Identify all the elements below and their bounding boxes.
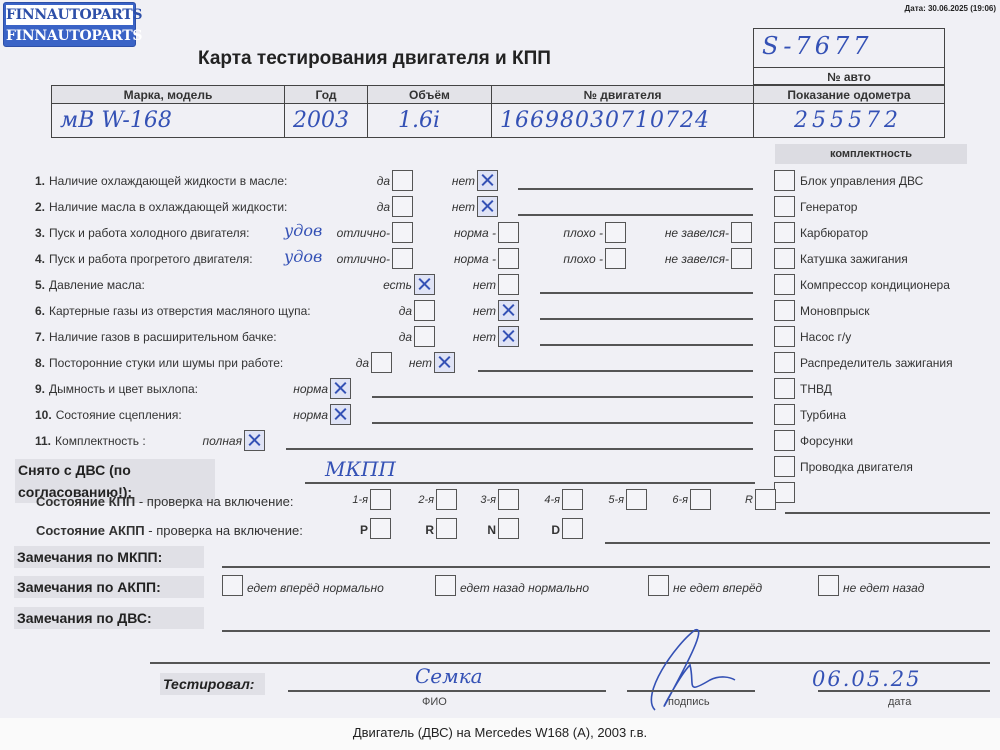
completeness-header: комплектность bbox=[775, 144, 967, 164]
completeness-item-label: Распределитель зажигания bbox=[800, 356, 953, 370]
completeness-extra-checkbox[interactable] bbox=[774, 482, 795, 503]
akpp-label-rest: - проверка на включение: bbox=[145, 523, 303, 538]
name-caption: ФИО bbox=[422, 696, 447, 708]
remarks-mkpp-label: Замечания по МКПП: bbox=[14, 546, 204, 568]
auto-number-label: № авто bbox=[754, 67, 944, 85]
kpp-line bbox=[785, 512, 990, 514]
kpp-gear-checkbox[interactable] bbox=[562, 489, 583, 510]
option-label: отлично- bbox=[283, 226, 390, 240]
option-checkbox[interactable] bbox=[330, 378, 351, 399]
option-label: да bbox=[313, 356, 369, 370]
completeness-checkbox[interactable] bbox=[774, 456, 795, 477]
question-number: 11. bbox=[35, 434, 51, 448]
question-row: 1.Наличие охлаждающей жидкости в масле: bbox=[35, 174, 287, 188]
tested-label: Тестировал: bbox=[160, 673, 265, 695]
question-note-line[interactable] bbox=[372, 422, 753, 424]
name-line bbox=[288, 690, 606, 692]
akpp-remark-checkbox[interactable] bbox=[818, 575, 839, 596]
option-label: да bbox=[355, 330, 412, 344]
question-row: 3.Пуск и работа холодного двигателя: bbox=[35, 226, 249, 240]
question-number: 1. bbox=[35, 174, 45, 188]
completeness-item-label: Генератор bbox=[800, 200, 857, 214]
tester-name: Семка bbox=[415, 664, 483, 688]
option-label: нет bbox=[425, 330, 496, 344]
completeness-checkbox[interactable] bbox=[774, 300, 795, 321]
completeness-checkbox[interactable] bbox=[774, 248, 795, 269]
test-card-sheet: FINNAUTOPARTS FINNAUTOPARTS Дата: 30.06.… bbox=[0, 0, 1000, 718]
signature-line bbox=[627, 690, 755, 692]
question-note-line[interactable] bbox=[478, 370, 753, 372]
option-label: не завелся- bbox=[615, 226, 729, 240]
akpp-remark-label: едет вперёд нормально bbox=[247, 581, 384, 595]
question-number: 7. bbox=[35, 330, 45, 344]
stamp-date: Дата: 30.06.2025 (19:06) bbox=[905, 4, 996, 13]
akpp-line bbox=[605, 542, 990, 544]
option-checkbox[interactable] bbox=[330, 404, 351, 425]
completeness-item-label: Насос г/у bbox=[800, 330, 851, 344]
remarks-dvs-line[interactable] bbox=[222, 630, 990, 632]
option-label: нет bbox=[405, 200, 475, 214]
question-text: Давление масла: bbox=[49, 278, 145, 292]
date-caption: дата bbox=[888, 696, 911, 708]
kpp-gear-checkbox[interactable] bbox=[755, 489, 776, 510]
option-checkbox[interactable] bbox=[731, 248, 752, 269]
completeness-checkbox[interactable] bbox=[774, 378, 795, 399]
option-label: нет bbox=[425, 278, 496, 292]
remarks-akpp-label: Замечания по АКПП: bbox=[14, 576, 204, 598]
question-row: 8.Посторонние стуки или шумы при работе: bbox=[35, 356, 283, 370]
question-number: 8. bbox=[35, 356, 45, 370]
question-text: Наличие охлаждающей жидкости в масле: bbox=[49, 174, 287, 188]
completeness-item-label: Карбюратор bbox=[800, 226, 868, 240]
kpp-label-bold: Состояние КПП bbox=[36, 494, 135, 509]
question-text: Наличие газов в расширительном бачке: bbox=[49, 330, 277, 344]
question-number: 5. bbox=[35, 278, 45, 292]
question-note-line[interactable] bbox=[518, 188, 753, 190]
kpp-gear-label: 5-я bbox=[591, 494, 624, 506]
option-label: норма - bbox=[405, 226, 496, 240]
option-label: норма bbox=[243, 382, 328, 396]
option-label: есть bbox=[335, 278, 412, 292]
option-label: отлично- bbox=[283, 252, 390, 266]
option-label: не завелся- bbox=[615, 252, 729, 266]
option-label: норма bbox=[243, 408, 328, 422]
akpp-position-checkbox[interactable] bbox=[562, 518, 583, 539]
completeness-item-label: ТНВД bbox=[800, 382, 832, 396]
option-checkbox[interactable] bbox=[477, 196, 498, 217]
removed-line bbox=[305, 482, 755, 484]
question-note-line[interactable] bbox=[540, 292, 753, 294]
col-make-model: Марка, модель bbox=[52, 86, 285, 104]
option-label: плохо - bbox=[513, 252, 603, 266]
engine-number-value: 16698030710724 bbox=[492, 104, 754, 138]
watermark-line-2: FINNAUTOPARTS bbox=[6, 27, 133, 46]
option-checkbox[interactable] bbox=[434, 352, 455, 373]
question-text: Комплектность : bbox=[55, 434, 146, 448]
completeness-checkbox[interactable] bbox=[774, 222, 795, 243]
question-note-line[interactable] bbox=[540, 318, 753, 320]
option-label: норма - bbox=[405, 252, 496, 266]
question-number: 10. bbox=[35, 408, 52, 422]
question-row: 2.Наличие масла в охлаждающей жидкости: bbox=[35, 200, 287, 214]
kpp-gear-label: 3-я bbox=[464, 494, 496, 506]
akpp-remark-checkbox[interactable] bbox=[648, 575, 669, 596]
question-number: 9. bbox=[35, 382, 45, 396]
option-label: да bbox=[330, 200, 390, 214]
col-engine-number: № двигателя bbox=[492, 86, 754, 104]
kpp-gear-checkbox[interactable] bbox=[498, 489, 519, 510]
completeness-checkbox[interactable] bbox=[774, 326, 795, 347]
option-checkbox[interactable] bbox=[731, 222, 752, 243]
completeness-item-label: Турбина bbox=[800, 408, 846, 422]
make-model-value: мВ W-168 bbox=[52, 104, 285, 138]
question-note-line[interactable] bbox=[372, 396, 753, 398]
akpp-position-label: P bbox=[350, 523, 368, 537]
question-text: Картерные газы из отверстия масляного щу… bbox=[49, 304, 311, 318]
question-row: 9.Дымность и цвет выхлопа: bbox=[35, 382, 198, 396]
auto-number-box: S-7677 № авто bbox=[753, 28, 945, 85]
watermark-logo: FINNAUTOPARTS FINNAUTOPARTS bbox=[3, 2, 136, 47]
completeness-item-label: Блок управления ДВС bbox=[800, 174, 923, 188]
completeness-checkbox[interactable] bbox=[774, 274, 795, 295]
akpp-position-checkbox[interactable] bbox=[436, 518, 457, 539]
akpp-remark-label: едет назад нормально bbox=[460, 581, 589, 595]
question-row: 10.Состояние сцепления: bbox=[35, 408, 182, 422]
completeness-item-label: Форсунки bbox=[800, 434, 853, 448]
option-label: полная bbox=[166, 434, 242, 448]
kpp-gear-checkbox[interactable] bbox=[690, 489, 711, 510]
question-row: 7.Наличие газов в расширительном бачке: bbox=[35, 330, 277, 344]
option-label: нет bbox=[405, 174, 475, 188]
completeness-checkbox[interactable] bbox=[774, 404, 795, 425]
option-checkbox[interactable] bbox=[498, 300, 519, 321]
completeness-item-label: Компрессор кондиционера bbox=[800, 278, 950, 292]
volume-value: 1.6i bbox=[368, 104, 492, 138]
kpp-gear-label: 6-я bbox=[654, 494, 688, 506]
vehicle-info-table: Марка, модель Год Объём № двигателя Пока… bbox=[51, 85, 945, 138]
question-row: 5.Давление масла: bbox=[35, 278, 145, 292]
option-checkbox[interactable] bbox=[244, 430, 265, 451]
test-date: 06.05.25 bbox=[812, 667, 922, 691]
question-text: Пуск и работа прогретого двигателя: bbox=[49, 252, 253, 266]
kpp-label-rest: - проверка на включение: bbox=[135, 494, 293, 509]
question-text: Пуск и работа холодного двигателя: bbox=[49, 226, 249, 240]
completeness-checkbox[interactable] bbox=[774, 430, 795, 451]
watermark-line-1: FINNAUTOPARTS bbox=[6, 5, 133, 25]
akpp-remark-checkbox[interactable] bbox=[222, 575, 243, 596]
question-number: 4. bbox=[35, 252, 45, 266]
completeness-item-label: Моновпрыск bbox=[800, 304, 870, 318]
completeness-checkbox[interactable] bbox=[774, 196, 795, 217]
kpp-gear-label: R bbox=[730, 494, 753, 506]
col-volume: Объём bbox=[368, 86, 492, 104]
odometer-value: 255572 bbox=[754, 104, 945, 138]
question-text: Наличие масла в охлаждающей жидкости: bbox=[49, 200, 287, 214]
remarks-mkpp-line[interactable] bbox=[222, 566, 990, 568]
signature-caption: подпись bbox=[668, 696, 710, 708]
option-label: да bbox=[355, 304, 412, 318]
question-note-line[interactable] bbox=[286, 448, 753, 450]
remarks-dvs-label: Замечания по ДВС: bbox=[14, 607, 204, 629]
question-text: Дымность и цвет выхлопа: bbox=[49, 382, 198, 396]
question-number: 6. bbox=[35, 304, 45, 318]
col-year: Год bbox=[285, 86, 368, 104]
kpp-gear-label: 1-я bbox=[335, 494, 368, 506]
kpp-gear-checkbox[interactable] bbox=[626, 489, 647, 510]
akpp-remark-label: не едет вперёд bbox=[673, 581, 762, 595]
question-note-line[interactable] bbox=[540, 344, 753, 346]
kpp-gear-label: 4-я bbox=[527, 494, 560, 506]
akpp-remark-label: не едет назад bbox=[843, 581, 924, 595]
date-line bbox=[818, 690, 990, 692]
option-label: плохо - bbox=[513, 226, 603, 240]
image-caption: Двигатель (ДВС) на Mercedes W168 (A), 20… bbox=[0, 718, 1000, 750]
akpp-position-label: N bbox=[478, 523, 496, 537]
option-label: да bbox=[330, 174, 390, 188]
question-row: 4.Пуск и работа прогретого двигателя: bbox=[35, 252, 253, 266]
akpp-remark-checkbox[interactable] bbox=[435, 575, 456, 596]
question-row: 6.Картерные газы из отверстия масляного … bbox=[35, 304, 311, 318]
akpp-position-checkbox[interactable] bbox=[370, 518, 391, 539]
option-label: нет bbox=[364, 356, 432, 370]
remarks-extra-line bbox=[150, 662, 990, 664]
completeness-item-label: Катушка зажигания bbox=[800, 252, 908, 266]
kpp-gear-label: 2-я bbox=[400, 494, 434, 506]
kpp-label: Состояние КПП - проверка на включение: bbox=[36, 494, 293, 509]
completeness-checkbox[interactable] bbox=[774, 170, 795, 191]
akpp-position-label: D bbox=[542, 523, 560, 537]
question-row: 11.Комплектность : bbox=[35, 434, 146, 448]
akpp-label: Состояние АКПП - проверка на включение: bbox=[36, 523, 303, 538]
akpp-position-checkbox[interactable] bbox=[498, 518, 519, 539]
question-number: 3. bbox=[35, 226, 45, 240]
col-odometer: Показание одометра bbox=[754, 86, 945, 104]
question-number: 2. bbox=[35, 200, 45, 214]
page-title: Карта тестирования двигателя и КПП bbox=[198, 48, 551, 70]
completeness-checkbox[interactable] bbox=[774, 352, 795, 373]
option-checkbox[interactable] bbox=[477, 170, 498, 191]
akpp-position-label: R bbox=[416, 523, 434, 537]
kpp-gear-checkbox[interactable] bbox=[436, 489, 457, 510]
auto-number-value: S-7677 bbox=[762, 32, 873, 60]
question-text: Состояние сцепления: bbox=[56, 408, 182, 422]
option-checkbox[interactable] bbox=[498, 274, 519, 295]
completeness-item-label: Проводка двигателя bbox=[800, 460, 913, 474]
year-value: 2003 bbox=[285, 104, 368, 138]
kpp-gear-checkbox[interactable] bbox=[370, 489, 391, 510]
option-label: нет bbox=[425, 304, 496, 318]
question-note-line[interactable] bbox=[518, 214, 753, 216]
akpp-label-bold: Состояние АКПП bbox=[36, 523, 145, 538]
question-text: Посторонние стуки или шумы при работе: bbox=[49, 356, 283, 370]
option-checkbox[interactable] bbox=[498, 326, 519, 347]
removed-value: МКПП bbox=[325, 457, 396, 481]
